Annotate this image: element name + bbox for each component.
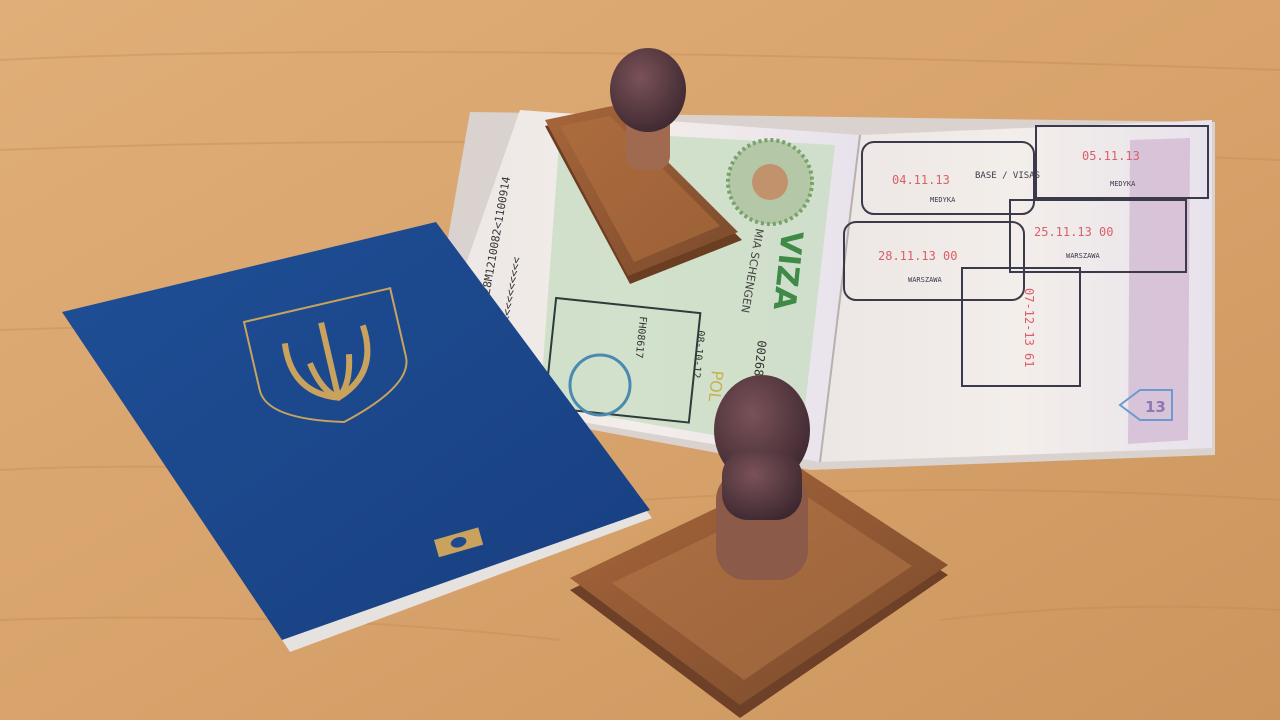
stamp-date-1: 04.11.13 xyxy=(892,173,950,187)
stamp-place-4: WARSZAWA xyxy=(908,276,943,284)
stamp-place-3: WARSZAWA xyxy=(1066,252,1101,260)
stamp-date-2: 05.11.13 xyxy=(1082,149,1140,163)
stamp-date-4: 28.11.13 00 xyxy=(878,249,957,263)
page-number: 13 xyxy=(1145,398,1166,416)
stamp-place-2: MEDYKA xyxy=(1110,180,1136,188)
stamp-date-5: 07-12-13 61 xyxy=(1022,288,1036,367)
photo-scene: VDUKR8202028M1210082<1100914 <<<<<<<<<<<… xyxy=(0,0,1280,720)
stamp-place-1: MEDYKA xyxy=(930,196,956,204)
stamp-date-3: 25.11.13 00 xyxy=(1034,225,1113,239)
stamp-label-1: BASE / VISAS xyxy=(975,171,1040,181)
